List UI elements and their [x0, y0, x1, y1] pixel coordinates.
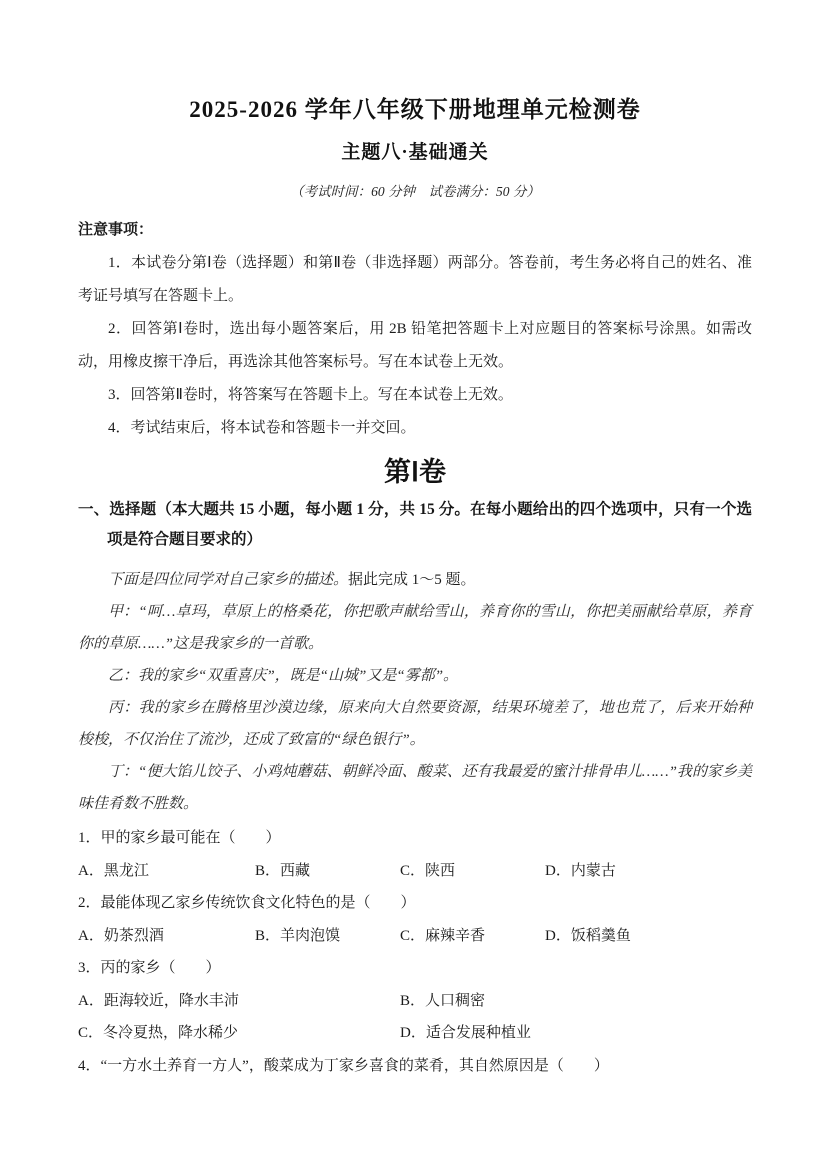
section1-instructions: 一、选择题（本大题共 15 小题，每小题 1 分，共 15 分。在每小题给出的四… [78, 495, 752, 555]
notice-item-4: 4．考试结束后，将本试卷和答题卡一并交回。 [78, 412, 752, 445]
passage-paragraph-ding: 丁：“便大馅儿饺子、小鸡炖蘑菇、朝鲜冷面、酸菜、还有我最爱的蜜汁排骨串儿……”我… [78, 756, 752, 820]
reading-passage: 下面是四位同学对自己家乡的描述。据此完成 1～5 题。 甲：“呵…卓玛，草原上的… [78, 564, 752, 820]
option-b: B．西藏 [255, 855, 400, 888]
option-a: A．奶茶烈酒 [78, 920, 255, 953]
option-a: A．距海较近，降水丰沛 [78, 985, 400, 1018]
option-c: C．冬冷夏热，降水稀少 [78, 1017, 400, 1050]
passage-paragraph-yi: 乙：我的家乡“双重喜庆”，既是“山城”又是“雾都”。 [78, 660, 752, 692]
notice-item-1: 1．本试卷分第Ⅰ卷（选择题）和第Ⅱ卷（非选择题）两部分。答卷前，考生务必将自己的… [78, 247, 752, 313]
question-3-stem: 3．丙的家乡（ ） [78, 952, 752, 985]
question-3-options: A．距海较近，降水丰沛 B．人口稠密 C．冬冷夏热，降水稀少 D．适合发展种植业 [78, 985, 752, 1050]
notice-heading: 注意事项： [78, 214, 752, 247]
question-2: 2．最能体现乙家乡传统饮食文化特色的是（ ） A．奶茶烈酒 B．羊肉泡馍 C．麻… [78, 887, 752, 952]
exam-subtitle: 主题八·基础通关 [78, 140, 752, 166]
passage-intro: 下面是四位同学对自己家乡的描述。据此完成 1～5 题。 [78, 564, 752, 596]
passage-paragraph-bing: 丙：我的家乡在腾格里沙漠边缘，原来向大自然要资源，结果环境差了，地也荒了，后来开… [78, 692, 752, 756]
questions-list: 1．甲的家乡最可能在（ ） A．黑龙江 B．西藏 C．陕西 D．内蒙古 2．最能… [78, 822, 752, 1082]
question-4: 4．“一方水土养育一方人”，酸菜成为丁家乡喜食的菜肴，其自然原因是（ ） [78, 1050, 752, 1083]
question-1-stem: 1．甲的家乡最可能在（ ） [78, 822, 752, 855]
option-d: D．内蒙古 [545, 855, 752, 888]
section1-title: 第Ⅰ卷 [78, 451, 752, 493]
question-2-stem: 2．最能体现乙家乡传统饮食文化特色的是（ ） [78, 887, 752, 920]
option-a: A．黑龙江 [78, 855, 255, 888]
passage-intro-kai: 下面是四位同学对自己家乡的描述。 [108, 572, 348, 588]
option-d: D．适合发展种植业 [400, 1017, 752, 1050]
passage-paragraph-jia: 甲：“呵…卓玛，草原上的格桑花，你把歌声献给雪山，养育你的雪山，你把美丽献给草原… [78, 596, 752, 660]
notice-item-2: 2．回答第Ⅰ卷时，选出每小题答案后，用 2B 铅笔把答题卡上对应题目的答案标号涂… [78, 313, 752, 379]
exam-info-line: （考试时间：60 分钟 试卷满分：50 分） [78, 182, 752, 202]
option-b: B．羊肉泡馍 [255, 920, 400, 953]
passage-intro-song: 据此完成 1～5 题。 [348, 572, 476, 588]
option-c: C．麻辣辛香 [400, 920, 545, 953]
question-4-stem: 4．“一方水土养育一方人”，酸菜成为丁家乡喜食的菜肴，其自然原因是（ ） [78, 1050, 752, 1083]
exam-page: 2025-2026 学年八年级下册地理单元检测卷 主题八·基础通关 （考试时间：… [0, 0, 827, 1082]
question-3: 3．丙的家乡（ ） A．距海较近，降水丰沛 B．人口稠密 C．冬冷夏热，降水稀少… [78, 952, 752, 1050]
question-1: 1．甲的家乡最可能在（ ） A．黑龙江 B．西藏 C．陕西 D．内蒙古 [78, 822, 752, 887]
option-c: C．陕西 [400, 855, 545, 888]
notice-item-3: 3．回答第Ⅱ卷时，将答案写在答题卡上。写在本试卷上无效。 [78, 379, 752, 412]
notice-section: 注意事项： 1．本试卷分第Ⅰ卷（选择题）和第Ⅱ卷（非选择题）两部分。答卷前，考生… [78, 214, 752, 445]
exam-title: 2025-2026 学年八年级下册地理单元检测卷 [78, 94, 752, 126]
question-1-options: A．黑龙江 B．西藏 C．陕西 D．内蒙古 [78, 855, 752, 888]
question-2-options: A．奶茶烈酒 B．羊肉泡馍 C．麻辣辛香 D．饭稻羹鱼 [78, 920, 752, 953]
option-d: D．饭稻羹鱼 [545, 920, 752, 953]
option-b: B．人口稠密 [400, 985, 752, 1018]
